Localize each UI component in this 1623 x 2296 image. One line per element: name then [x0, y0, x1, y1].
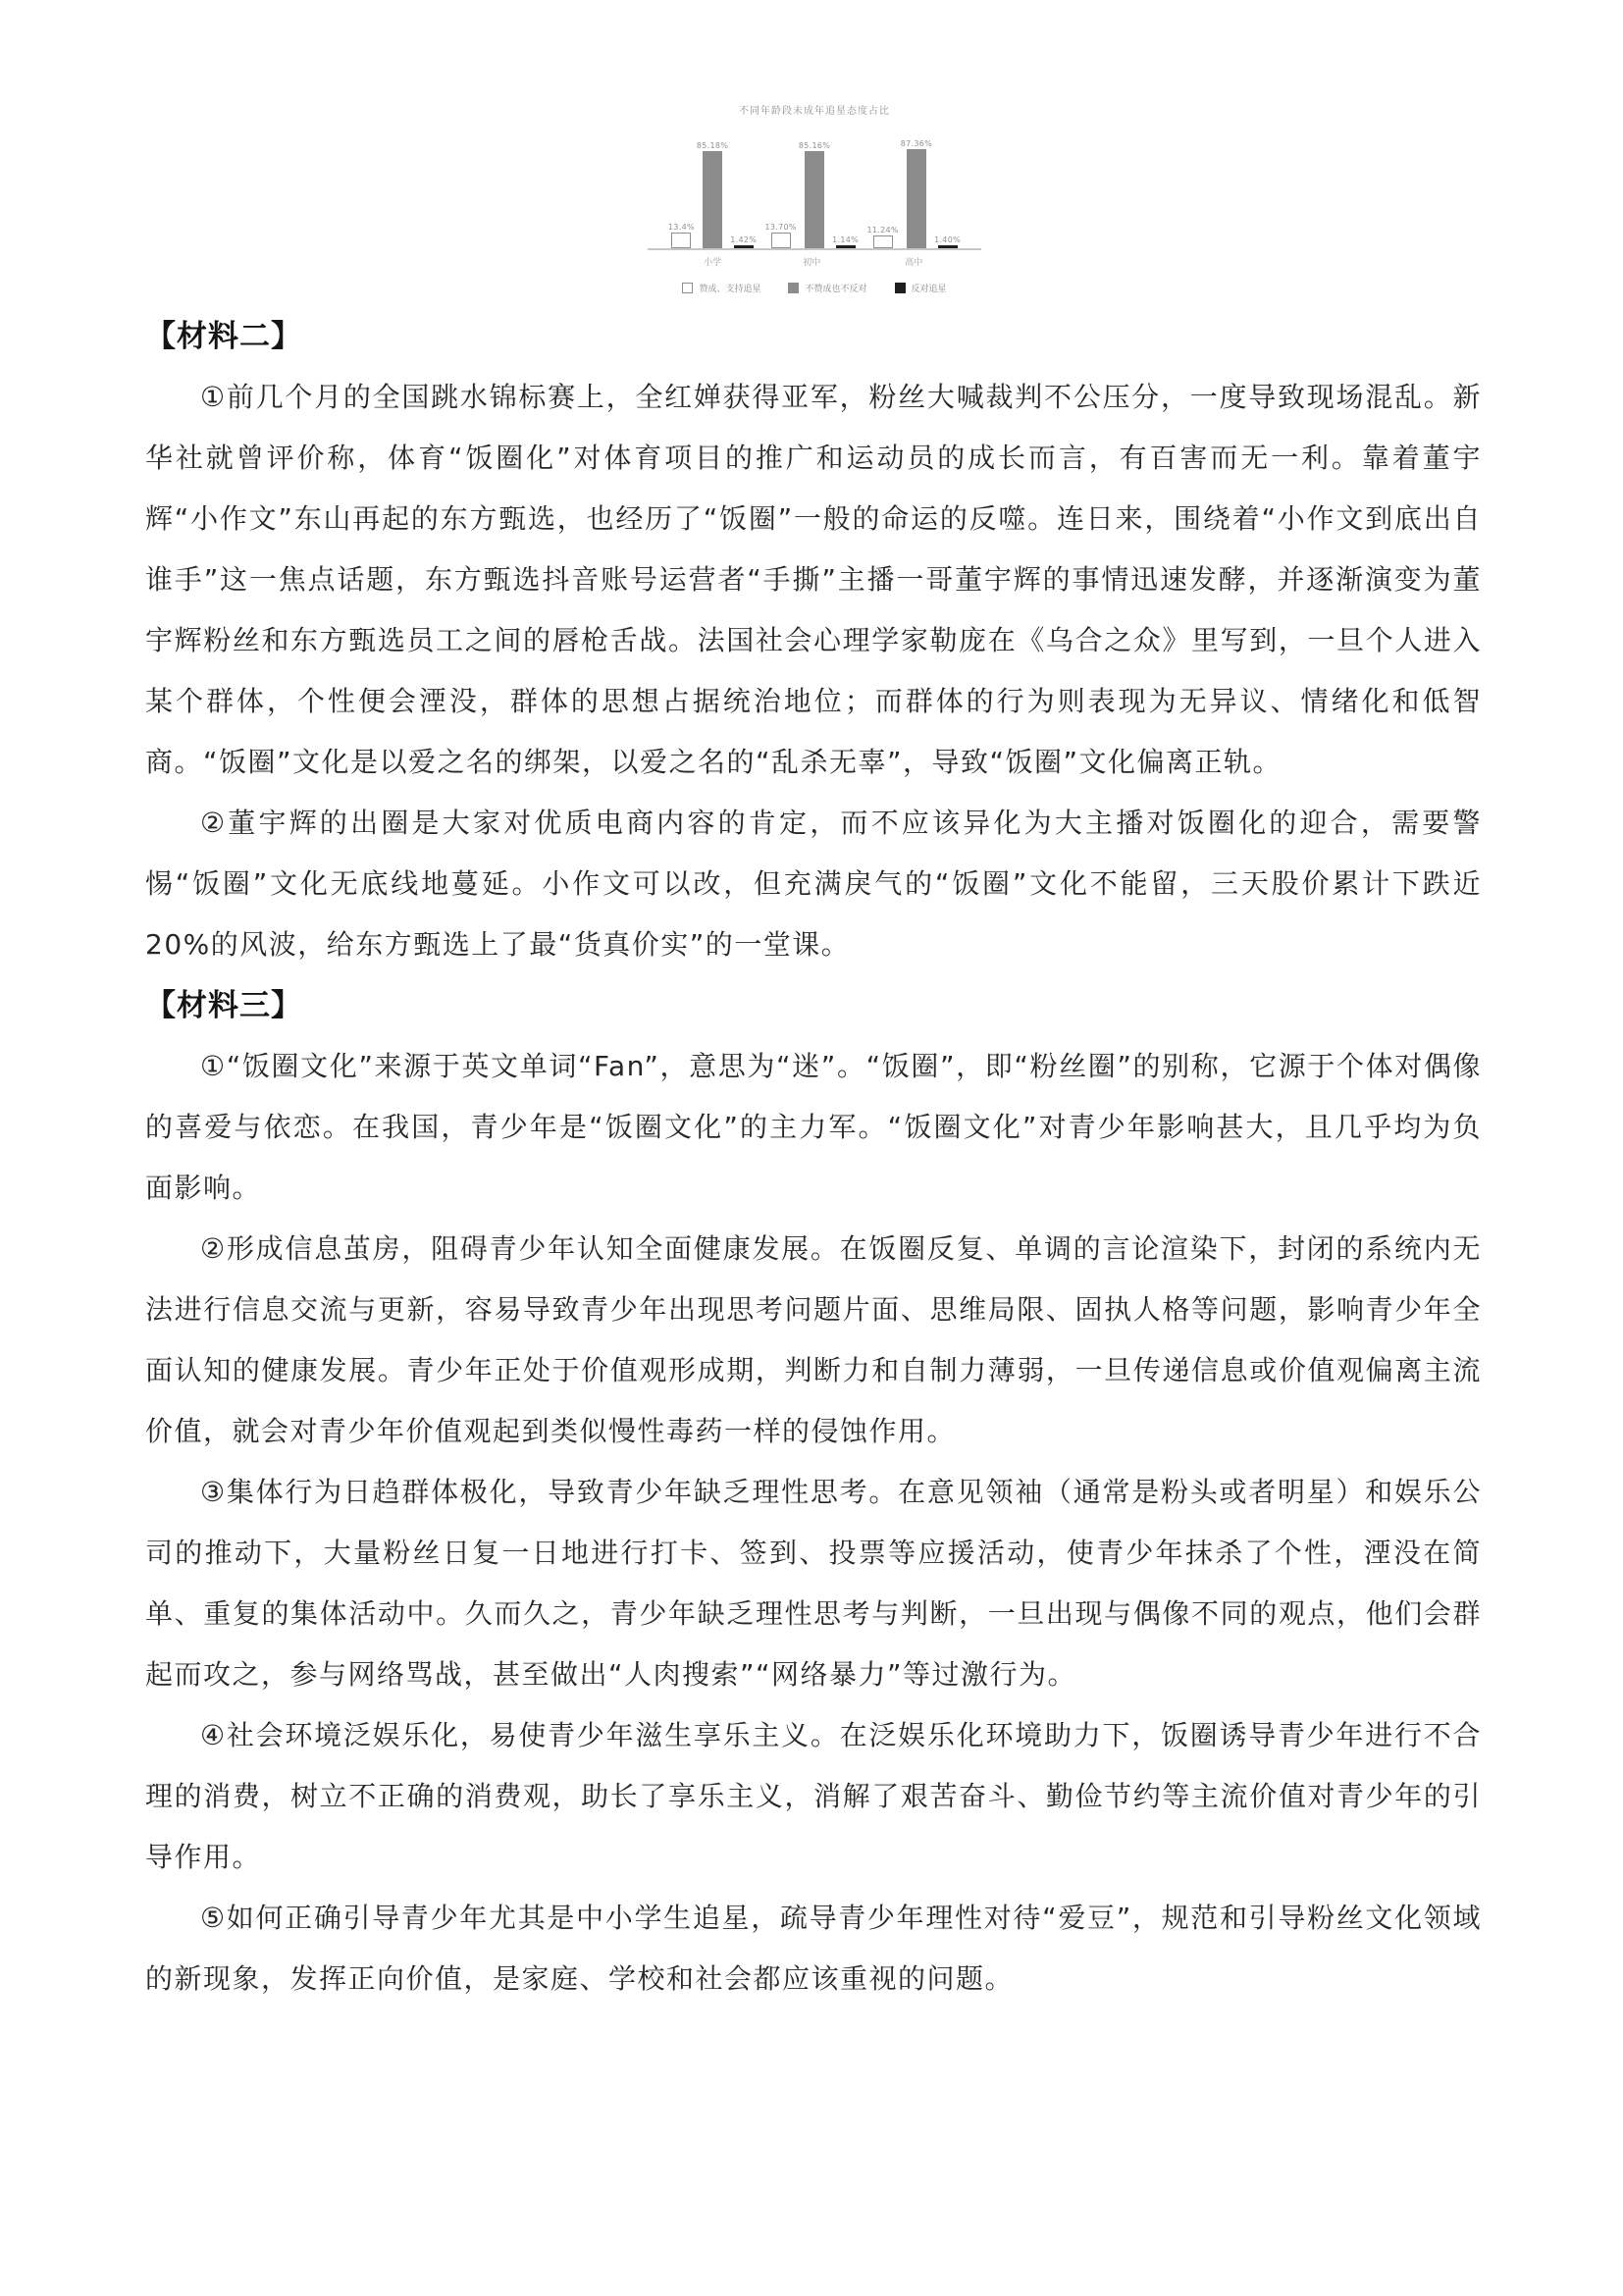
bar-value-label: 11.24% — [866, 226, 898, 235]
material-three-paragraph-5: ⑤如何正确引导青少年尤其是中小学生追星，疏导青少年理性对待“爱豆”，规范和引导粉… — [145, 1888, 1482, 2009]
legend-swatch — [682, 283, 693, 293]
material-three-paragraph-4: ④社会环境泛娱乐化，易使青少年滋生享乐主义。在泛娱乐化环境助力下，饭圈诱导青少年… — [145, 1705, 1482, 1888]
material-three-paragraph-2: ②形成信息茧房，阻碍青少年认知全面健康发展。在饭圈反复、单调的言论渲染下，封闭的… — [145, 1219, 1482, 1462]
document-page: 不同年龄段未成年追星态度占比 13.4%85.18%1.42%小学13.70%8… — [0, 0, 1623, 2296]
bar-group: 13.4%85.18%1.42%小学 — [667, 132, 758, 248]
bar-column: 13.4% — [668, 223, 695, 248]
material-two-paragraph-2: ②董宇辉的出圈是大家对优质电商内容的肯定，而不应该异化为大主播对饭圈化的迎合，需… — [145, 793, 1482, 975]
material-two-paragraph-1: ①前几个月的全国跳水锦标赛上，全红婵获得亚军，粉丝大喊裁判不公压分，一度导致现场… — [145, 367, 1482, 793]
x-axis-label: 高中 — [865, 255, 962, 268]
x-axis-label: 初中 — [764, 255, 861, 268]
bar — [805, 151, 824, 248]
bar — [671, 233, 691, 248]
legend-item: 赞成、支持追星 — [682, 282, 760, 294]
bar-column: 1.42% — [730, 235, 757, 248]
bar — [873, 235, 893, 248]
material-two-heading: 【材料二】 — [145, 306, 1482, 367]
material-three-heading: 【材料三】 — [145, 975, 1482, 1036]
bar-group: 13.70%85.16%1.14%初中 — [764, 132, 861, 248]
x-axis-label: 小学 — [667, 255, 758, 268]
legend-item: 反对追星 — [895, 282, 947, 294]
document-body: 【材料二】 ①前几个月的全国跳水锦标赛上，全红婵获得亚军，粉丝大喊裁判不公压分，… — [145, 306, 1482, 2009]
bar-value-label: 1.14% — [832, 235, 859, 244]
bar-value-label: 85.16% — [799, 141, 830, 150]
bar-group: 11.24%87.36%1.40%高中 — [865, 132, 962, 248]
bar — [836, 245, 856, 248]
bar-value-label: 1.42% — [730, 235, 757, 244]
legend-swatch — [895, 283, 906, 293]
chart-legend: 赞成、支持追星不赞成也不反对反对追星 — [648, 282, 981, 294]
bar-value-label: 13.70% — [765, 223, 797, 232]
bar-column: 1.14% — [832, 235, 859, 248]
bar — [907, 149, 926, 248]
legend-item: 不赞成也不反对 — [788, 282, 866, 294]
bar — [703, 151, 722, 248]
bar-column: 87.36% — [901, 139, 932, 248]
bar-column: 1.40% — [934, 235, 961, 248]
bar-value-label: 1.40% — [934, 235, 961, 244]
bar-chart: 不同年龄段未成年追星态度占比 13.4%85.18%1.42%小学13.70%8… — [648, 102, 981, 294]
bar-value-label: 87.36% — [901, 139, 932, 148]
legend-label: 不赞成也不反对 — [805, 282, 866, 294]
bar-column: 13.70% — [765, 223, 797, 248]
bar-column: 85.18% — [697, 141, 728, 248]
material-three-paragraph-1: ①“饭圈文化”来源于英文单词“Fan”，意思为“迷”。“饭圈”，即“粉丝圈”的别… — [145, 1036, 1482, 1219]
bar-value-label: 85.18% — [697, 141, 728, 150]
legend-label: 反对追星 — [912, 282, 947, 294]
material-three-paragraph-3: ③集体行为日趋群体极化，导致青少年缺乏理性思考。在意见领袖（通常是粉头或者明星）… — [145, 1462, 1482, 1705]
bar — [771, 233, 791, 248]
bar-column: 11.24% — [866, 226, 898, 248]
bar — [938, 245, 958, 248]
chart-title: 不同年龄段未成年追星态度占比 — [648, 102, 981, 117]
chart-plot-area: 13.4%85.18%1.42%小学13.70%85.16%1.14%初中11.… — [648, 132, 981, 250]
bar — [734, 245, 754, 248]
bar-value-label: 13.4% — [668, 223, 695, 232]
legend-swatch — [788, 283, 799, 293]
legend-label: 赞成、支持追星 — [699, 282, 760, 294]
bar-column: 85.16% — [799, 141, 830, 248]
